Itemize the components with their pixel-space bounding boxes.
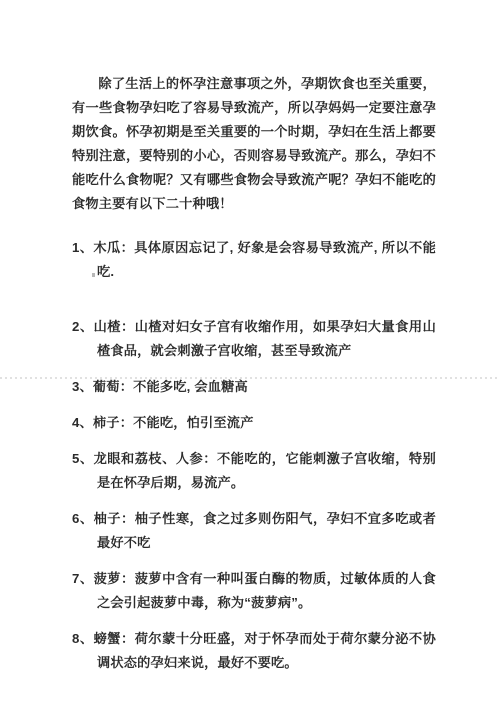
item-number: 2、: [72, 319, 94, 334]
list-item: 2、山楂：山楂对妇女子宫有收缩作用，如果孕妇大量食用山楂食品，就会刺激子宫收缩，…: [72, 315, 436, 363]
item-description: 不能吃，怕引至流产: [133, 415, 254, 430]
item-number: 4、: [72, 415, 93, 430]
intro-paragraph: 除了生活上的怀孕注意事项之外，孕期饮食也至关重要，有一些食物孕妇吃了容易导致流产…: [72, 72, 436, 216]
item-description: 不能多吃, 会血糖高: [133, 379, 248, 394]
list-item: 8、螃蟹：荷尔蒙十分旺盛，对于怀孕而处于荷尔蒙分泌不协调状态的孕妇来说，最好不要…: [72, 627, 436, 675]
item-food-name: 木瓜：: [93, 240, 134, 255]
item-description: 菠萝中含有一种叫蛋白酶的物质，过敏体质的人食之会引起菠萝中毒，称为“菠萝病”。: [97, 571, 436, 610]
item-number: 8、: [72, 631, 94, 646]
item-description: 山楂对妇女子宫有收缩作用，如果孕妇大量食用山楂食品，就会刺激子宫收缩，甚至导致流…: [97, 319, 436, 358]
document-page: 除了生活上的怀孕注意事项之外，孕期饮食也至关重要，有一些食物孕妇吃了容易导致流产…: [0, 0, 500, 708]
document-content: 除了生活上的怀孕注意事项之外，孕期饮食也至关重要，有一些食物孕妇吃了容易导致流产…: [72, 72, 436, 675]
list-item: 4、柿子：不能吃，怕引至流产: [72, 411, 436, 435]
item-description: 荷尔蒙十分旺盛，对于怀孕而处于荷尔蒙分泌不协调状态的孕妇来说，最好不要吃。: [97, 631, 436, 670]
forbidden-food-list: 1、木瓜：具体原因忘记了, 好象是会容易导致流产, 所以不能吃.2、山楂：山楂对…: [72, 236, 436, 675]
item-food-name: 葡萄：: [93, 379, 133, 394]
page-break-dotted-line: [0, 377, 500, 379]
item-food-name: 柚子：: [94, 511, 135, 526]
list-item: 1、木瓜：具体原因忘记了, 好象是会容易导致流产, 所以不能吃.: [72, 236, 436, 284]
scan-artifact-dot: [92, 273, 95, 277]
item-number: 3、: [72, 379, 93, 394]
item-food-name: 菠萝：: [94, 571, 135, 586]
item-description: 具体原因忘记了, 好象是会容易导致流产, 所以不能吃.: [97, 240, 436, 279]
item-number: 5、: [72, 451, 94, 466]
list-item: 5、龙眼和荔枝、人参：不能吃的，它能刺激子宫收缩，特别是在怀孕后期，易流产。: [72, 447, 436, 495]
list-item: 7、菠萝：菠萝中含有一种叫蛋白酶的物质，过敏体质的人食之会引起菠萝中毒，称为“菠…: [72, 567, 436, 615]
item-description: 柚子性寒，食之过多则伤阳气，孕妇不宜多吃或者最好不吃: [97, 511, 436, 550]
list-item: 6、柚子：柚子性寒，食之过多则伤阳气，孕妇不宜多吃或者最好不吃: [72, 507, 436, 555]
item-number: 1、: [72, 240, 93, 255]
item-food-name: 山楂：: [94, 319, 135, 334]
item-number: 7、: [72, 571, 94, 586]
item-food-name: 龙眼和荔枝、人参：: [94, 451, 217, 466]
item-number: 6、: [72, 511, 94, 526]
item-food-name: 柿子：: [93, 415, 133, 430]
item-food-name: 螃蟹：: [94, 631, 135, 646]
